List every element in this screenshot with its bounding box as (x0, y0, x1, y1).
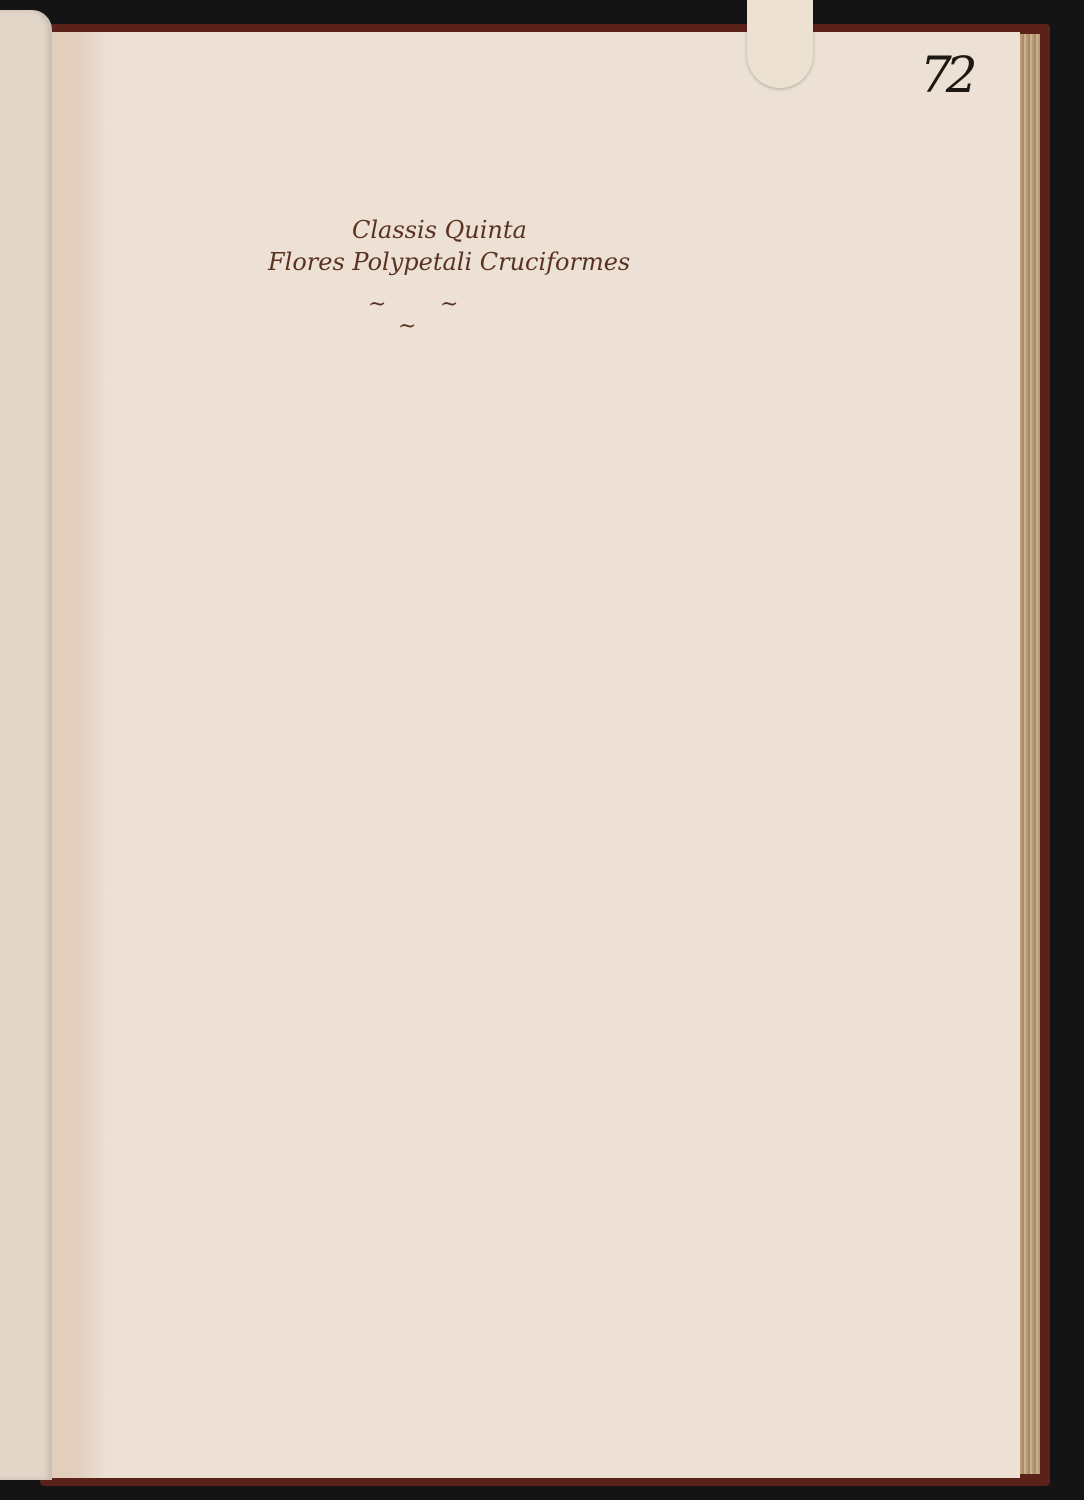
folio-number: 72 (920, 46, 972, 104)
flourish-ornament: ~ (440, 292, 458, 317)
heading-class: Classis Quinta (352, 216, 527, 244)
left-page-edge (0, 10, 52, 1480)
flourish-ornament: ~ (368, 292, 386, 317)
flourish-ornament: ~ (398, 314, 416, 339)
bookmark-tab (747, 0, 813, 88)
heading-subtitle: Flores Polypetali Cruciformes (268, 248, 630, 276)
